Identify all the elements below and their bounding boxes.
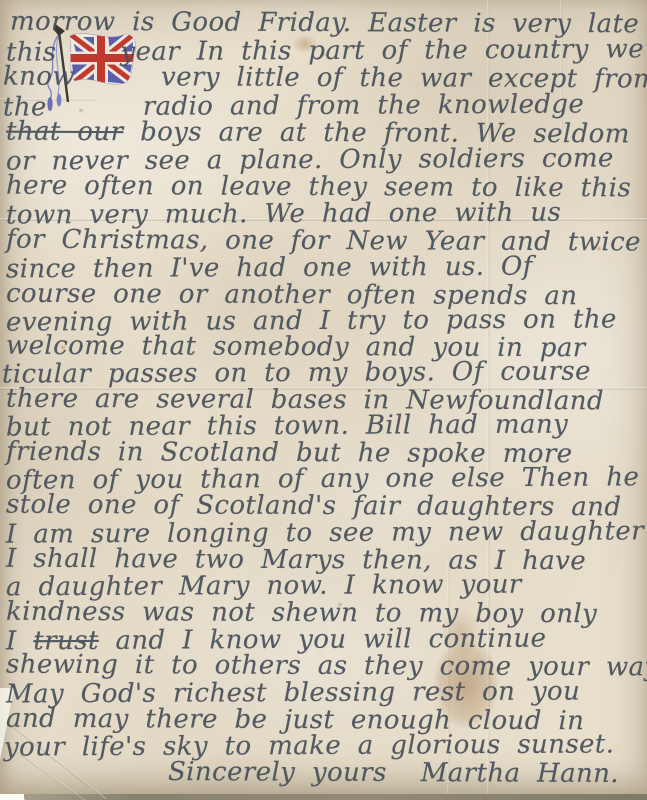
signature-gap (387, 780, 421, 781)
struck-words: that our (6, 117, 124, 148)
signature-line: Sincerely yoursMartha Hann. (168, 759, 619, 788)
flag-text-gap (47, 114, 143, 116)
scanned-letter: morrow is Good Friday. Easter is very la… (0, 0, 647, 800)
flag-text-gap (75, 84, 161, 85)
line-pre: know (3, 62, 75, 92)
signature: Martha Hann. (421, 758, 619, 789)
letter-paper: morrow is Good Friday. Easter is very la… (0, 0, 647, 794)
closing-text: Sincerely yours (168, 757, 387, 788)
letter-body: morrow is Good Friday. Easter is very la… (0, 0, 647, 794)
flag-text-gap (56, 59, 120, 60)
